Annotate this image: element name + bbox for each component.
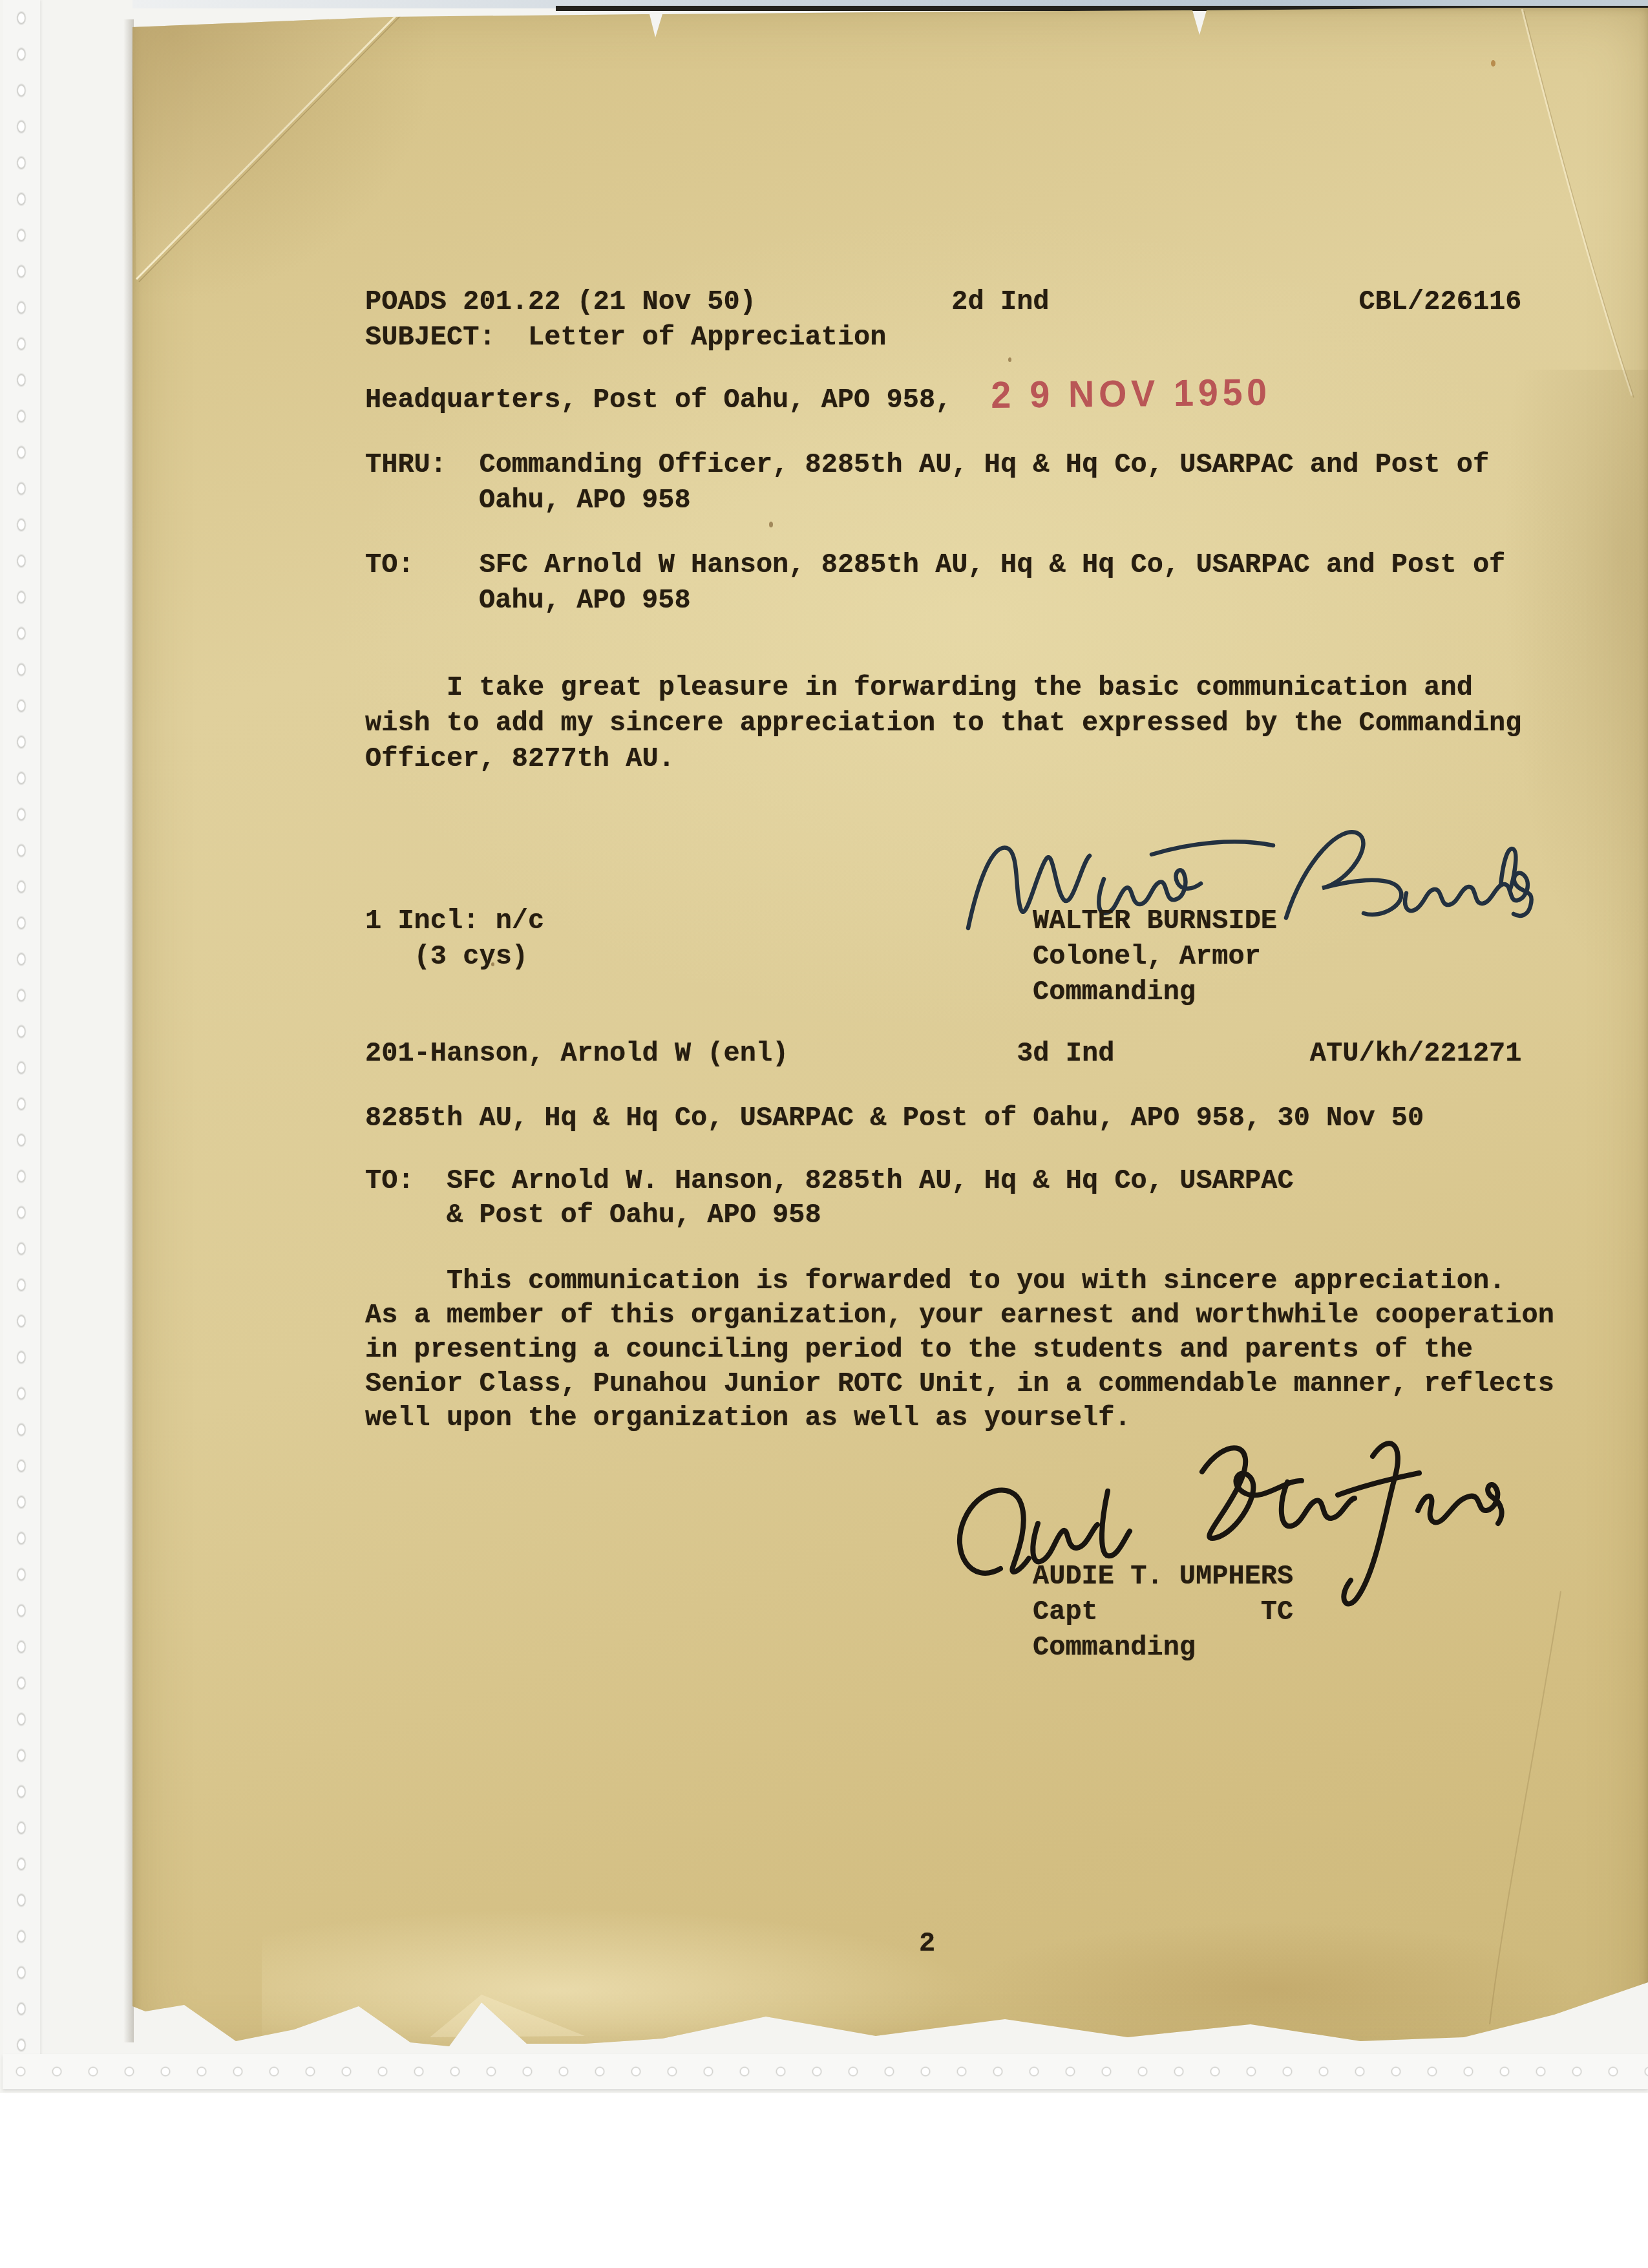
sheet-protector-bottom-edge (3, 2054, 1648, 2089)
to-line-1-3d: TO: SFC Arnold W. Hanson, 8285th AU, Hq … (365, 1163, 1294, 1199)
body-2d-line-2: wish to add my sincere appreciation to t… (365, 706, 1522, 741)
to-line-1: TO: SFC Arnold W Hanson, 8285th AU, Hq &… (365, 547, 1505, 583)
scan-background (0, 2093, 1648, 2268)
signer-name-3d: AUDIE T. UMPHERS (1033, 1559, 1293, 1595)
body-2d-line-1: I take great pleasure in forwarding the … (365, 670, 1473, 706)
signer-rank-2d: Colonel, Armor (1033, 939, 1261, 975)
scanned-letter-page: POADS 201.22 (21 Nov 50) 2d Ind CBL/2261… (0, 0, 1648, 2268)
to-line-2-3d: & Post of Oahu, APO 958 (447, 1198, 821, 1233)
reference-line-2d-ind: POADS 201.22 (21 Nov 50) 2d Ind CBL/2261… (365, 284, 1522, 320)
reference-line-3d-ind: 201-Hanson, Arnold W (enl) 3d Ind ATU/kh… (365, 1036, 1522, 1072)
paper-speck (769, 522, 773, 527)
origin-line-3d: 8285th AU, Hq & Hq Co, USARPAC & Post of… (365, 1101, 1424, 1136)
signer-name-2d: WALTER BURNSIDE (1033, 904, 1277, 939)
bottom-light-patch (262, 1902, 1005, 2050)
paper-speck (1008, 357, 1011, 362)
paper-speck (1491, 60, 1495, 67)
paper-left-edge-shadow (123, 19, 134, 2042)
headquarters-line: Headquarters, Post of Oahu, APO 958, (365, 383, 951, 418)
sheet-protector-left-edge (3, 0, 40, 2059)
page-number: 2 (919, 1926, 935, 1962)
body-3d-line-4: Senior Class, Punahou Junior ROTC Unit, … (365, 1366, 1554, 1402)
signer-rank-3d: Capt TC (1033, 1595, 1293, 1630)
to-line-2: Oahu, APO 958 (479, 583, 691, 619)
thru-line-1: THRU: Commanding Officer, 8285th AU, Hq … (365, 447, 1489, 483)
signer-title-3d: Commanding (1033, 1630, 1196, 1666)
bottom-dark-patch (966, 1921, 1580, 2057)
thru-line-2: Oahu, APO 958 (479, 483, 691, 518)
received-date-stamp: 2 9 NOV 1950 (991, 370, 1271, 417)
body-3d-line-3: in presenting a counciling period to the… (365, 1332, 1473, 1368)
enclosure-line-1: 1 Incl: n/c (365, 904, 544, 939)
body-3d-line-1: This communication is forwarded to you w… (365, 1264, 1505, 1299)
enclosure-line-2: (3 cys) (365, 939, 528, 975)
body-3d-line-2: As a member of this organization, your e… (365, 1298, 1554, 1333)
body-2d-line-3: Officer, 8277th AU. (365, 741, 675, 777)
body-3d-line-5: well upon the organization as well as yo… (365, 1401, 1131, 1436)
right-edge-stain (1503, 370, 1648, 984)
subject-line: SUBJECT: Letter of Appreciation (365, 320, 887, 355)
signer-title-2d: Commanding (1033, 975, 1196, 1010)
